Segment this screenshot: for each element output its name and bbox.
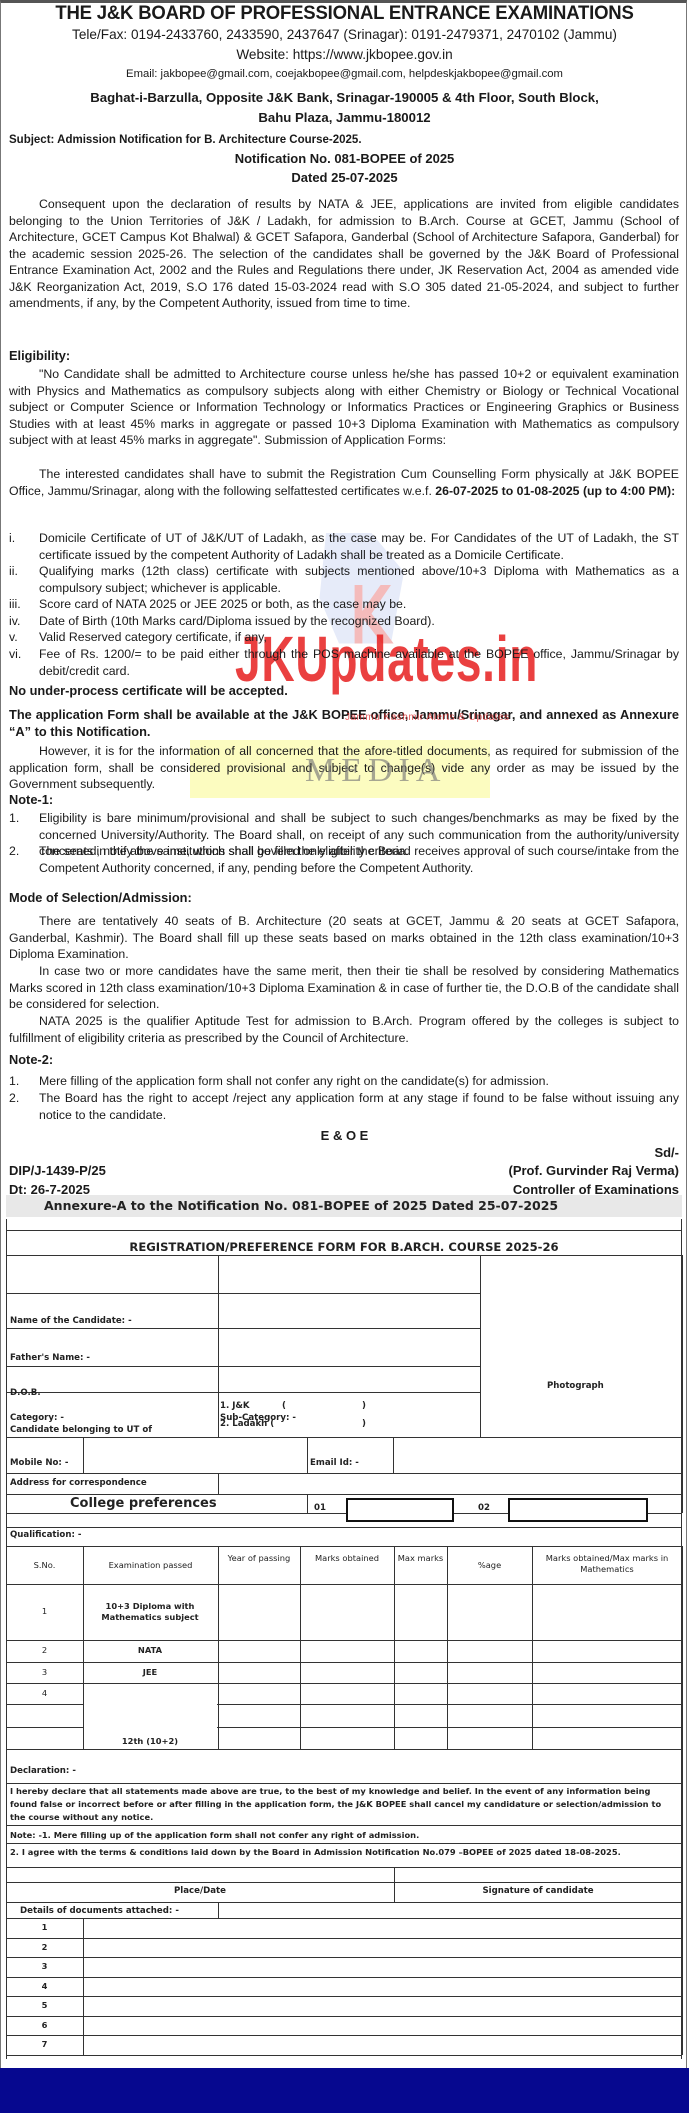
- table-input-cell[interactable]: [218, 1727, 300, 1749]
- column-header: S.No.: [6, 1560, 83, 1571]
- table-input-cell[interactable]: [532, 1683, 682, 1704]
- footer-band: [0, 2068, 689, 2113]
- table-input-cell[interactable]: [394, 1640, 447, 1662]
- document-row-number: 7: [6, 2039, 83, 2050]
- table-input-cell[interactable]: [532, 1640, 682, 1662]
- annexure-heading: Annexure-A to the Notification No. 081-B…: [6, 1195, 682, 1217]
- grid-line: [6, 1546, 682, 1547]
- grid-line: [682, 1749, 683, 2055]
- name-input[interactable]: [218, 1255, 480, 1293]
- selection-paragraph-3: NATA 2025 is the qualifier Aptitude Test…: [9, 1013, 679, 1046]
- table-input-cell[interactable]: [218, 1704, 300, 1727]
- row-exam: JEE: [86, 1667, 214, 1678]
- note1-text: The seats in the above institutions shal…: [39, 843, 679, 876]
- grid-line: [218, 1902, 219, 1918]
- signature-input[interactable]: [394, 1867, 682, 1882]
- table-input-cell[interactable]: [532, 1727, 682, 1749]
- note2-item: 2.The Board has the right to accept /rej…: [9, 1090, 679, 1124]
- row-sno: 2: [6, 1645, 83, 1656]
- document-requirement-number: iv.: [9, 613, 35, 630]
- signed-mark: Sd/-: [654, 1145, 679, 1160]
- table-input-cell[interactable]: [300, 1584, 394, 1640]
- document-row-input[interactable]: [83, 1938, 682, 1958]
- submission-dates: 26-07-2025 to 01-08-2025 (up to 4:00 PM)…: [435, 484, 675, 498]
- paren-close: ): [362, 1401, 366, 1411]
- merge-mask: [84, 1704, 217, 1706]
- email-line[interactable]: Email: jakbopee@gmail.com, coejakbopee@g…: [0, 68, 689, 80]
- preference-2-label: 02: [478, 1503, 490, 1513]
- eligibility-text: "No Candidate shall be admitted to Archi…: [9, 366, 679, 449]
- document-requirement-number: i.: [9, 530, 35, 547]
- grid-line: [6, 1749, 682, 1750]
- row-exam: NATA: [86, 1645, 214, 1656]
- column-header: %age: [447, 1560, 532, 1571]
- college-preferences-label: College preferences: [70, 1496, 217, 1511]
- signatory-name: (Prof. Gurvinder Raj Verma): [509, 1163, 680, 1178]
- note1-number: 1.: [9, 810, 35, 827]
- selection-paragraph-1: There are tentatively 40 seats of B. Arc…: [9, 913, 679, 963]
- table-input-cell[interactable]: [218, 1640, 300, 1662]
- note2-number: 1.: [9, 1073, 35, 1090]
- table-input-cell[interactable]: [447, 1662, 532, 1683]
- column-header: Year of passing: [218, 1553, 300, 1564]
- grid-line: [83, 1918, 84, 2055]
- form-divider: [6, 1230, 682, 1231]
- column-header: Max marks: [394, 1553, 447, 1564]
- document-requirement-text: Date of Birth (10th Marks card/Diploma i…: [39, 613, 679, 630]
- document-row-number: 2: [6, 1942, 83, 1953]
- paren-close: ): [362, 1419, 366, 1429]
- subject: Subject: Admission Notification for B. A…: [9, 132, 679, 149]
- table-input-cell[interactable]: [218, 1662, 300, 1683]
- mobile-label: Mobile No: -: [10, 1458, 68, 1468]
- selection-paragraph-2: In case two or more candidates have the …: [9, 963, 679, 1013]
- document-row-input[interactable]: [83, 1996, 682, 2016]
- document-requirement-item: i.Domicile Certificate of UT of J&K/UT o…: [9, 530, 679, 564]
- preference-1-label: 01: [314, 1503, 326, 1513]
- grid-line: [6, 2055, 682, 2056]
- document-row-number: 4: [6, 1981, 83, 1992]
- document-requirement-number: v.: [9, 629, 35, 646]
- grid-line: [682, 1546, 683, 1749]
- row-sno: 1: [6, 1606, 83, 1617]
- table-input-cell[interactable]: [218, 1584, 300, 1640]
- document-row-input[interactable]: [83, 2016, 682, 2036]
- document-requirement-text: Domicile Certificate of UT of J&K/UT of …: [39, 530, 679, 563]
- document-row-number: 1: [6, 1922, 83, 1933]
- document-requirement-text: Score card of NATA 2025 or JEE 2025 or b…: [39, 596, 679, 613]
- form-note-2: 2. I agree with the terms & conditions l…: [10, 1846, 678, 1859]
- document-requirement-text: Valid Reserved category certificate, if …: [39, 629, 679, 646]
- table-input-cell[interactable]: [300, 1683, 394, 1704]
- declaration-heading: Declaration: -: [10, 1766, 76, 1776]
- address-label: Address for correspondence: [10, 1478, 147, 1488]
- column-header: Examination passed: [83, 1560, 218, 1571]
- paren-open: (: [282, 1401, 286, 1411]
- table-input-cell[interactable]: [300, 1640, 394, 1662]
- email-label: Email Id: -: [310, 1458, 359, 1468]
- ut-label: Candidate belonging to UT of: [10, 1425, 152, 1435]
- document-requirement-text: Fee of Rs. 1200/= to be paid either thro…: [39, 646, 679, 679]
- table-input-cell[interactable]: [218, 1683, 300, 1704]
- column-header: Marks obtained: [300, 1553, 394, 1564]
- document-requirement-number: iii.: [9, 596, 35, 613]
- note2-text: Mere filling of the application form sha…: [39, 1073, 679, 1090]
- watermark-media: MEDIA: [305, 752, 446, 790]
- table-input-cell[interactable]: [394, 1683, 447, 1704]
- merge-mask: [84, 1727, 217, 1729]
- place-date-input[interactable]: [6, 1867, 394, 1882]
- note1-number: 2.: [9, 843, 35, 860]
- ut-option-jk: 1. J&K: [220, 1401, 250, 1411]
- grid-line: [6, 1882, 682, 1883]
- note1-item: 2.The seats in the above institutions sh…: [9, 843, 679, 877]
- note1-item: 1.Eligibility is bare minimum/provisiona…: [9, 810, 679, 844]
- table-input-cell[interactable]: [532, 1584, 682, 1640]
- table-input-cell[interactable]: [394, 1662, 447, 1683]
- dob-input[interactable]: [218, 1328, 480, 1366]
- board-title: THE J&K BOARD OF PROFESSIONAL ENTRANCE E…: [17, 2, 672, 25]
- email-input[interactable]: [393, 1437, 682, 1473]
- website[interactable]: Website: https://www.jkbopee.gov.in: [0, 47, 689, 62]
- category-label: Category: -: [10, 1413, 64, 1423]
- grid-line: [6, 1366, 481, 1367]
- father-name-label: Father's Name: -: [10, 1353, 90, 1363]
- grid-line: [6, 1494, 682, 1495]
- row-sno: 3: [6, 1667, 83, 1678]
- note2-heading: Note-2:: [9, 1052, 679, 1069]
- table-input-cell[interactable]: [447, 1584, 532, 1640]
- table-input-cell[interactable]: [532, 1662, 682, 1683]
- note1-heading: Note-1:: [9, 792, 679, 809]
- table-input-cell[interactable]: [394, 1727, 447, 1749]
- column-header: Marks obtained/Max marks in Mathematics: [532, 1553, 682, 1575]
- document-row-number: 3: [6, 1961, 83, 1972]
- row-exam: 10+3 Diploma with Mathematics subject: [86, 1601, 214, 1623]
- document-requirement-item: ii.Qualifying marks (12th class) certifi…: [9, 563, 679, 597]
- address-line-2: Bahu Plaza, Jammu-180012: [0, 110, 689, 125]
- dip-number: DIP/J-1439-P/25: [9, 1163, 106, 1178]
- table-input-cell[interactable]: [300, 1727, 394, 1749]
- ut-option-ladakh: 2. Ladakh (: [220, 1419, 274, 1429]
- declaration-text: I hereby declare that all statements mad…: [10, 1785, 678, 1824]
- document-requirement-number: vi.: [9, 646, 35, 663]
- table-input-cell[interactable]: [447, 1704, 532, 1727]
- table-input-cell[interactable]: [300, 1662, 394, 1683]
- document-row-number: 6: [6, 2020, 83, 2031]
- notification-date: Dated 25-07-2025: [0, 170, 689, 185]
- grid-line: [6, 1825, 682, 1826]
- table-input-cell[interactable]: [394, 1584, 447, 1640]
- address-input[interactable]: [218, 1473, 682, 1494]
- document-row-input[interactable]: [83, 1918, 682, 1938]
- grid-line: [307, 1437, 308, 1473]
- telefax: Tele/Fax: 0194-2433760, 2433590, 2437647…: [0, 27, 689, 42]
- dob-label: D.O.B.: [10, 1388, 41, 1398]
- table-input-cell[interactable]: [300, 1704, 394, 1727]
- submission-paragraph: The interested candidates shall have to …: [9, 466, 679, 499]
- grid-line: [6, 1255, 7, 1513]
- document-requirement-number: ii.: [9, 563, 35, 580]
- grid-line: [6, 1392, 481, 1393]
- table-input-cell[interactable]: [447, 1727, 532, 1749]
- note2-number: 2.: [9, 1090, 35, 1107]
- table-input-cell[interactable]: [532, 1704, 682, 1727]
- grid-line: [682, 1255, 683, 1513]
- eligibility-heading: Eligibility:: [9, 348, 679, 365]
- document-requirement-text: Qualifying marks (12th class) certificat…: [39, 563, 679, 596]
- notification-number: Notification No. 081-BOPEE of 2025: [0, 151, 689, 166]
- watermark-tagline: Jammu Kashmir Alerts & Updates: [345, 712, 510, 723]
- grid-line: [6, 1527, 682, 1528]
- qualification-label: Qualification: -: [10, 1530, 81, 1540]
- grid-line: [6, 1783, 682, 1784]
- document-row-number: 5: [6, 2000, 83, 2011]
- address-line-1: Baghat-i-Barzulla, Opposite J&K Bank, Sr…: [0, 90, 689, 105]
- document-row-input[interactable]: [83, 2035, 682, 2055]
- form-title: REGISTRATION/PREFERENCE FORM FOR B.ARCH.…: [6, 1240, 682, 1254]
- name-label: Name of the Candidate: -: [10, 1316, 132, 1326]
- row-sno: 4: [6, 1688, 83, 1699]
- document-requirement-item: vi.Fee of Rs. 1200/= to be paid either t…: [9, 646, 679, 680]
- father-name-input[interactable]: [218, 1293, 480, 1328]
- form-availability: The application Form shall be available …: [9, 707, 679, 740]
- mobile-input[interactable]: [83, 1437, 307, 1473]
- document-row-input[interactable]: [83, 1957, 682, 1977]
- form-note-1: Note: -1. Mere filling up of the applica…: [10, 1829, 678, 1842]
- documents-heading: Details of documents attached: -: [20, 1906, 179, 1916]
- preference-1-input[interactable]: [346, 1498, 454, 1522]
- grid-line: [6, 1902, 682, 1903]
- grid-line: [6, 1843, 682, 1844]
- table-input-cell[interactable]: [447, 1640, 532, 1662]
- photograph-box[interactable]: [480, 1255, 682, 1437]
- note2-text: The Board has the right to accept /rejec…: [39, 1090, 679, 1123]
- table-input-cell[interactable]: [447, 1683, 532, 1704]
- table-input-cell[interactable]: [394, 1704, 447, 1727]
- signature-label: Signature of candidate: [394, 1886, 682, 1896]
- eoe: E & O E: [0, 1128, 689, 1143]
- intro-paragraph: Consequent upon the declaration of resul…: [9, 196, 679, 312]
- selection-heading: Mode of Selection/Admission:: [9, 890, 679, 907]
- preference-2-input[interactable]: [508, 1498, 648, 1522]
- document-row-input[interactable]: [83, 1977, 682, 1997]
- grid-line: [307, 1494, 308, 1513]
- place-date-label: Place/Date: [6, 1886, 394, 1896]
